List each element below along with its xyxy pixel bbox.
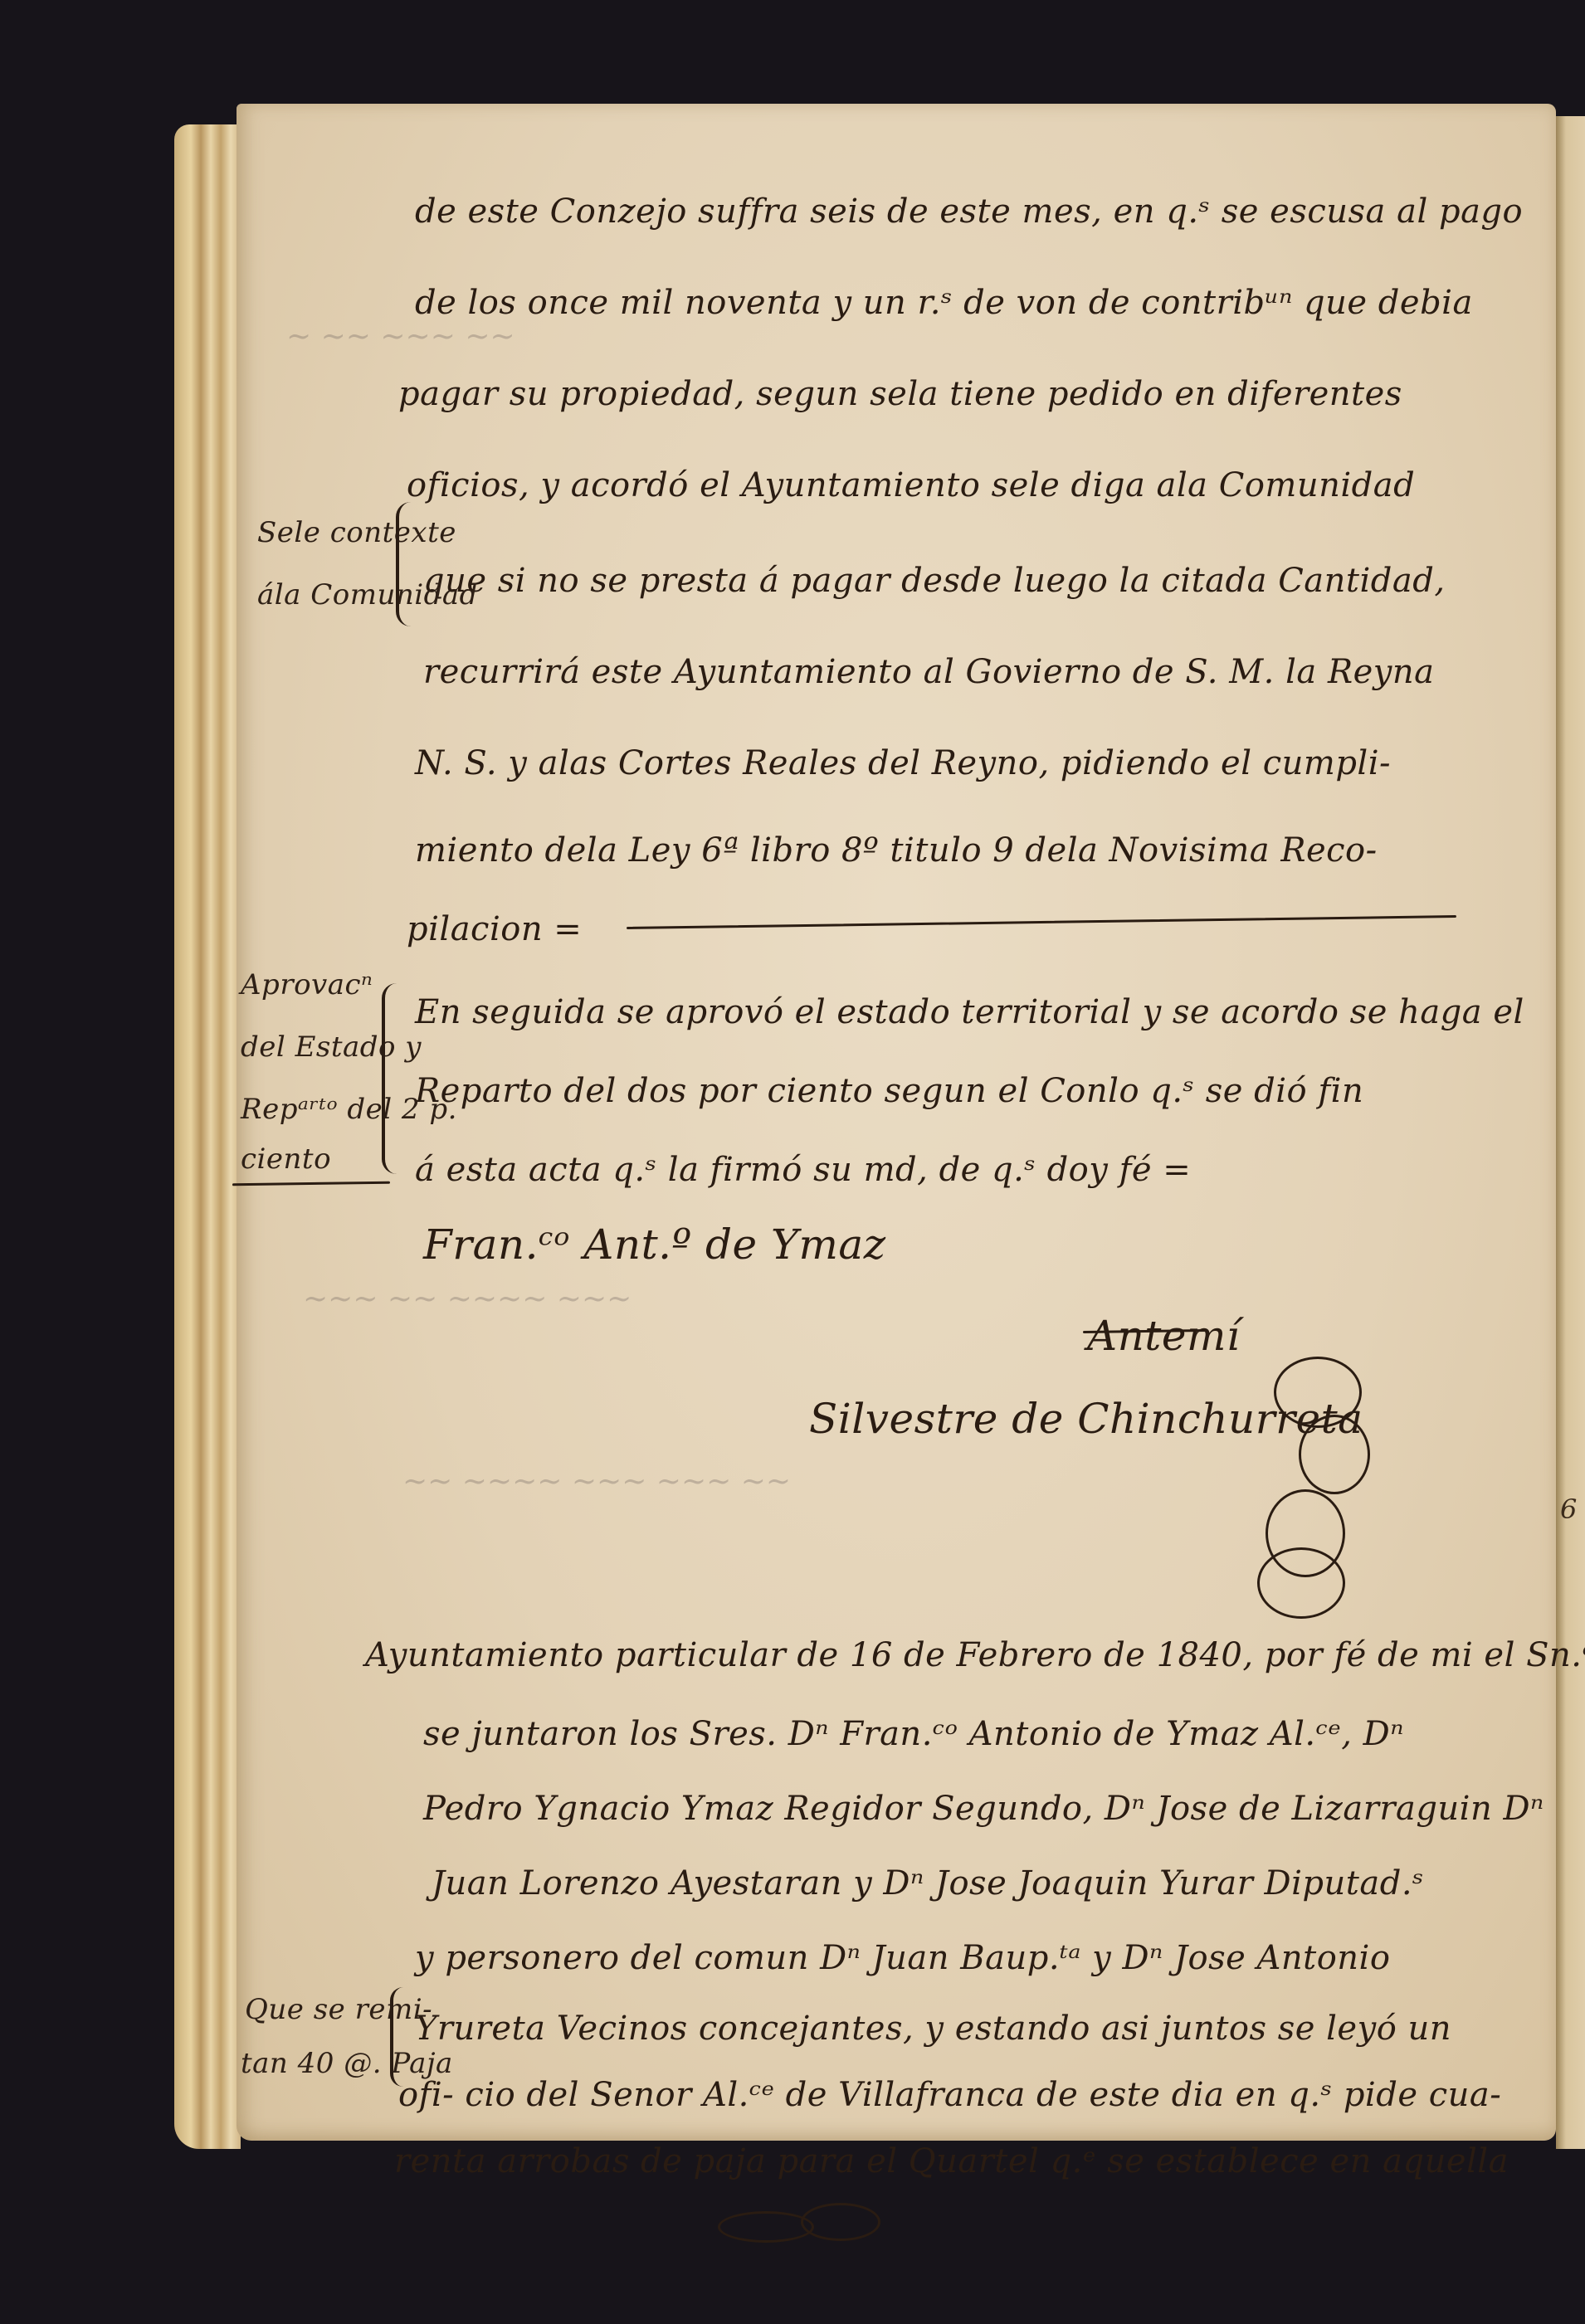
margin-brace (396, 502, 411, 626)
margin-underline (232, 1181, 390, 1186)
text-line: de los once mil noventa y un r.ˢ de von … (415, 286, 1473, 319)
margin-note-line: ciento (241, 1145, 331, 1173)
closing-flourish (801, 2203, 880, 2241)
margin-note-line: Sele contexte (257, 519, 456, 547)
text-line: pagar su propiedad, segun sela tiene ped… (398, 378, 1402, 411)
text-line: recurrirá este Ayuntamiento al Govierno … (423, 655, 1434, 689)
text-line: miento dela Ley 6ª libro 8º titulo 9 del… (415, 834, 1378, 867)
text-line: y personero del comun Dⁿ Juan Baup.ᵗᵃ y … (415, 1942, 1390, 1975)
signature-flourish (1299, 1415, 1370, 1494)
book-page-edges (174, 124, 241, 2149)
margin-note-line: Que se remi- (245, 1995, 432, 2024)
section-divider-line (627, 915, 1456, 929)
facing-page-edge (1556, 116, 1585, 2149)
text-line: Reparto del dos por ciento segun el Conl… (415, 1074, 1363, 1108)
bleed-through-text: ~ ~~ ~~~ ~~ (286, 319, 515, 353)
bleed-through-text: ~~ ~~~~ ~~~ ~~~ ~~ (402, 1464, 791, 1498)
text-line: Ayuntamiento particular de 16 de Febrero… (365, 1639, 1585, 1672)
margin-note-line: tan 40 @. Paja (241, 2049, 453, 2078)
signature-witness: Antemí (1087, 1315, 1240, 1357)
text-line: pilacion = (407, 913, 582, 946)
margin-brace (382, 983, 397, 1174)
text-line: renta arrobas de paja para el Quartel q.… (394, 2145, 1509, 2178)
signature-mayor: Fran.ᶜᵒ Ant.º de Ymaz (423, 1224, 886, 1265)
text-line: En seguida se aprovó el estado territori… (415, 996, 1524, 1029)
text-line: de este Conzejo suffra seis de este mes,… (415, 195, 1523, 228)
bleed-through-text: ~~~ ~~ ~~~~ ~~~ (303, 1282, 632, 1316)
text-line: que si no se presta á pagar desde luego … (423, 564, 1446, 597)
manuscript-page: ~ ~~ ~~~ ~~ ~~~ ~~ ~~~~ ~~~ ~~ ~~~~ ~~~ … (237, 104, 1556, 2141)
margin-brace (390, 1987, 403, 2087)
facing-page-number: 6 (1560, 1493, 1577, 1525)
text-line: N. S. y alas Cortes Reales del Reyno, pi… (415, 747, 1391, 780)
text-line: Juan Lorenzo Ayestaran y Dⁿ Jose Joaquin… (432, 1867, 1424, 1900)
signature-flourish (1257, 1547, 1345, 1619)
text-line: Yrureta Vecinos concejantes, y estando a… (415, 2012, 1451, 2045)
closing-flourish (718, 2211, 814, 2243)
text-line: Pedro Ygnacio Ymaz Regidor Segundo, Dⁿ J… (423, 1792, 1544, 1825)
margin-note-line: Aprovacⁿ (241, 971, 373, 999)
text-line: ofi- cio del Senor Al.ᶜᵉ de Villafranca … (398, 2078, 1501, 2112)
text-line: se juntaron los Sres. Dⁿ Fran.ᶜᵒ Antonio… (423, 1717, 1404, 1751)
text-line: á esta acta q.ˢ la firmó su md, de q.ˢ d… (415, 1153, 1191, 1186)
margin-note-line: ála Comunidad (257, 581, 478, 609)
text-line: oficios, y acordó el Ayuntamiento sele d… (407, 469, 1415, 502)
margin-note-line: Repᵃʳᵗᵒ del 2 p. (241, 1095, 457, 1123)
